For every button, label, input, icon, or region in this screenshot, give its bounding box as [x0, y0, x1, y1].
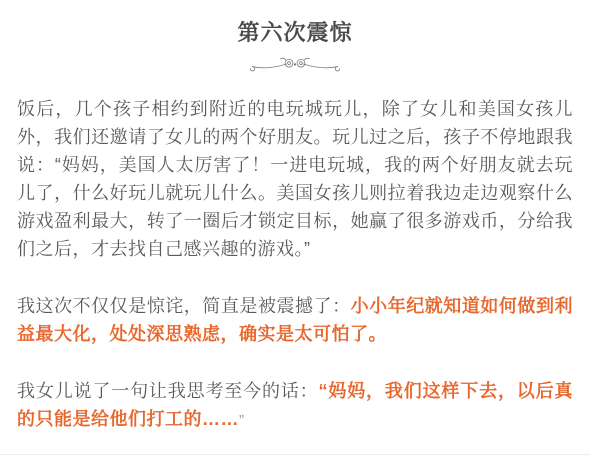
paragraph: 我这次不仅仅是惊诧，简直是被震撼了：小小年纪就知道如何做到利益最大化，处处深思熟…	[17, 292, 573, 348]
paragraph: 饭后，几个孩子相约到附近的电玩城玩儿，除了女儿和美国女孩儿外，我们还邀请了女儿的…	[17, 95, 573, 263]
paragraph-text: 我女儿说了一句让我思考至今的话：	[17, 381, 319, 401]
flourish-divider-icon	[17, 55, 573, 75]
paragraph-text: 我这次不仅仅是惊诧，简直是被震撼了：	[17, 296, 351, 316]
article-page: 第六次震惊 饭后，几个孩子相约到附近的电玩城玩儿，除了女儿和美国女孩儿外，我们还…	[0, 0, 590, 455]
page-title: 第六次震惊	[17, 16, 573, 47]
paragraph: 我女儿说了一句让我思考至今的话：“妈妈，我们这样下去，以后真的只能是给他们打工的…	[17, 377, 573, 435]
closing-quote-mark: ”	[239, 412, 245, 429]
paragraph-text: 饭后，几个孩子相约到附近的电玩城玩儿，除了女儿和美国女孩儿外，我们还邀请了女儿的…	[17, 99, 573, 259]
